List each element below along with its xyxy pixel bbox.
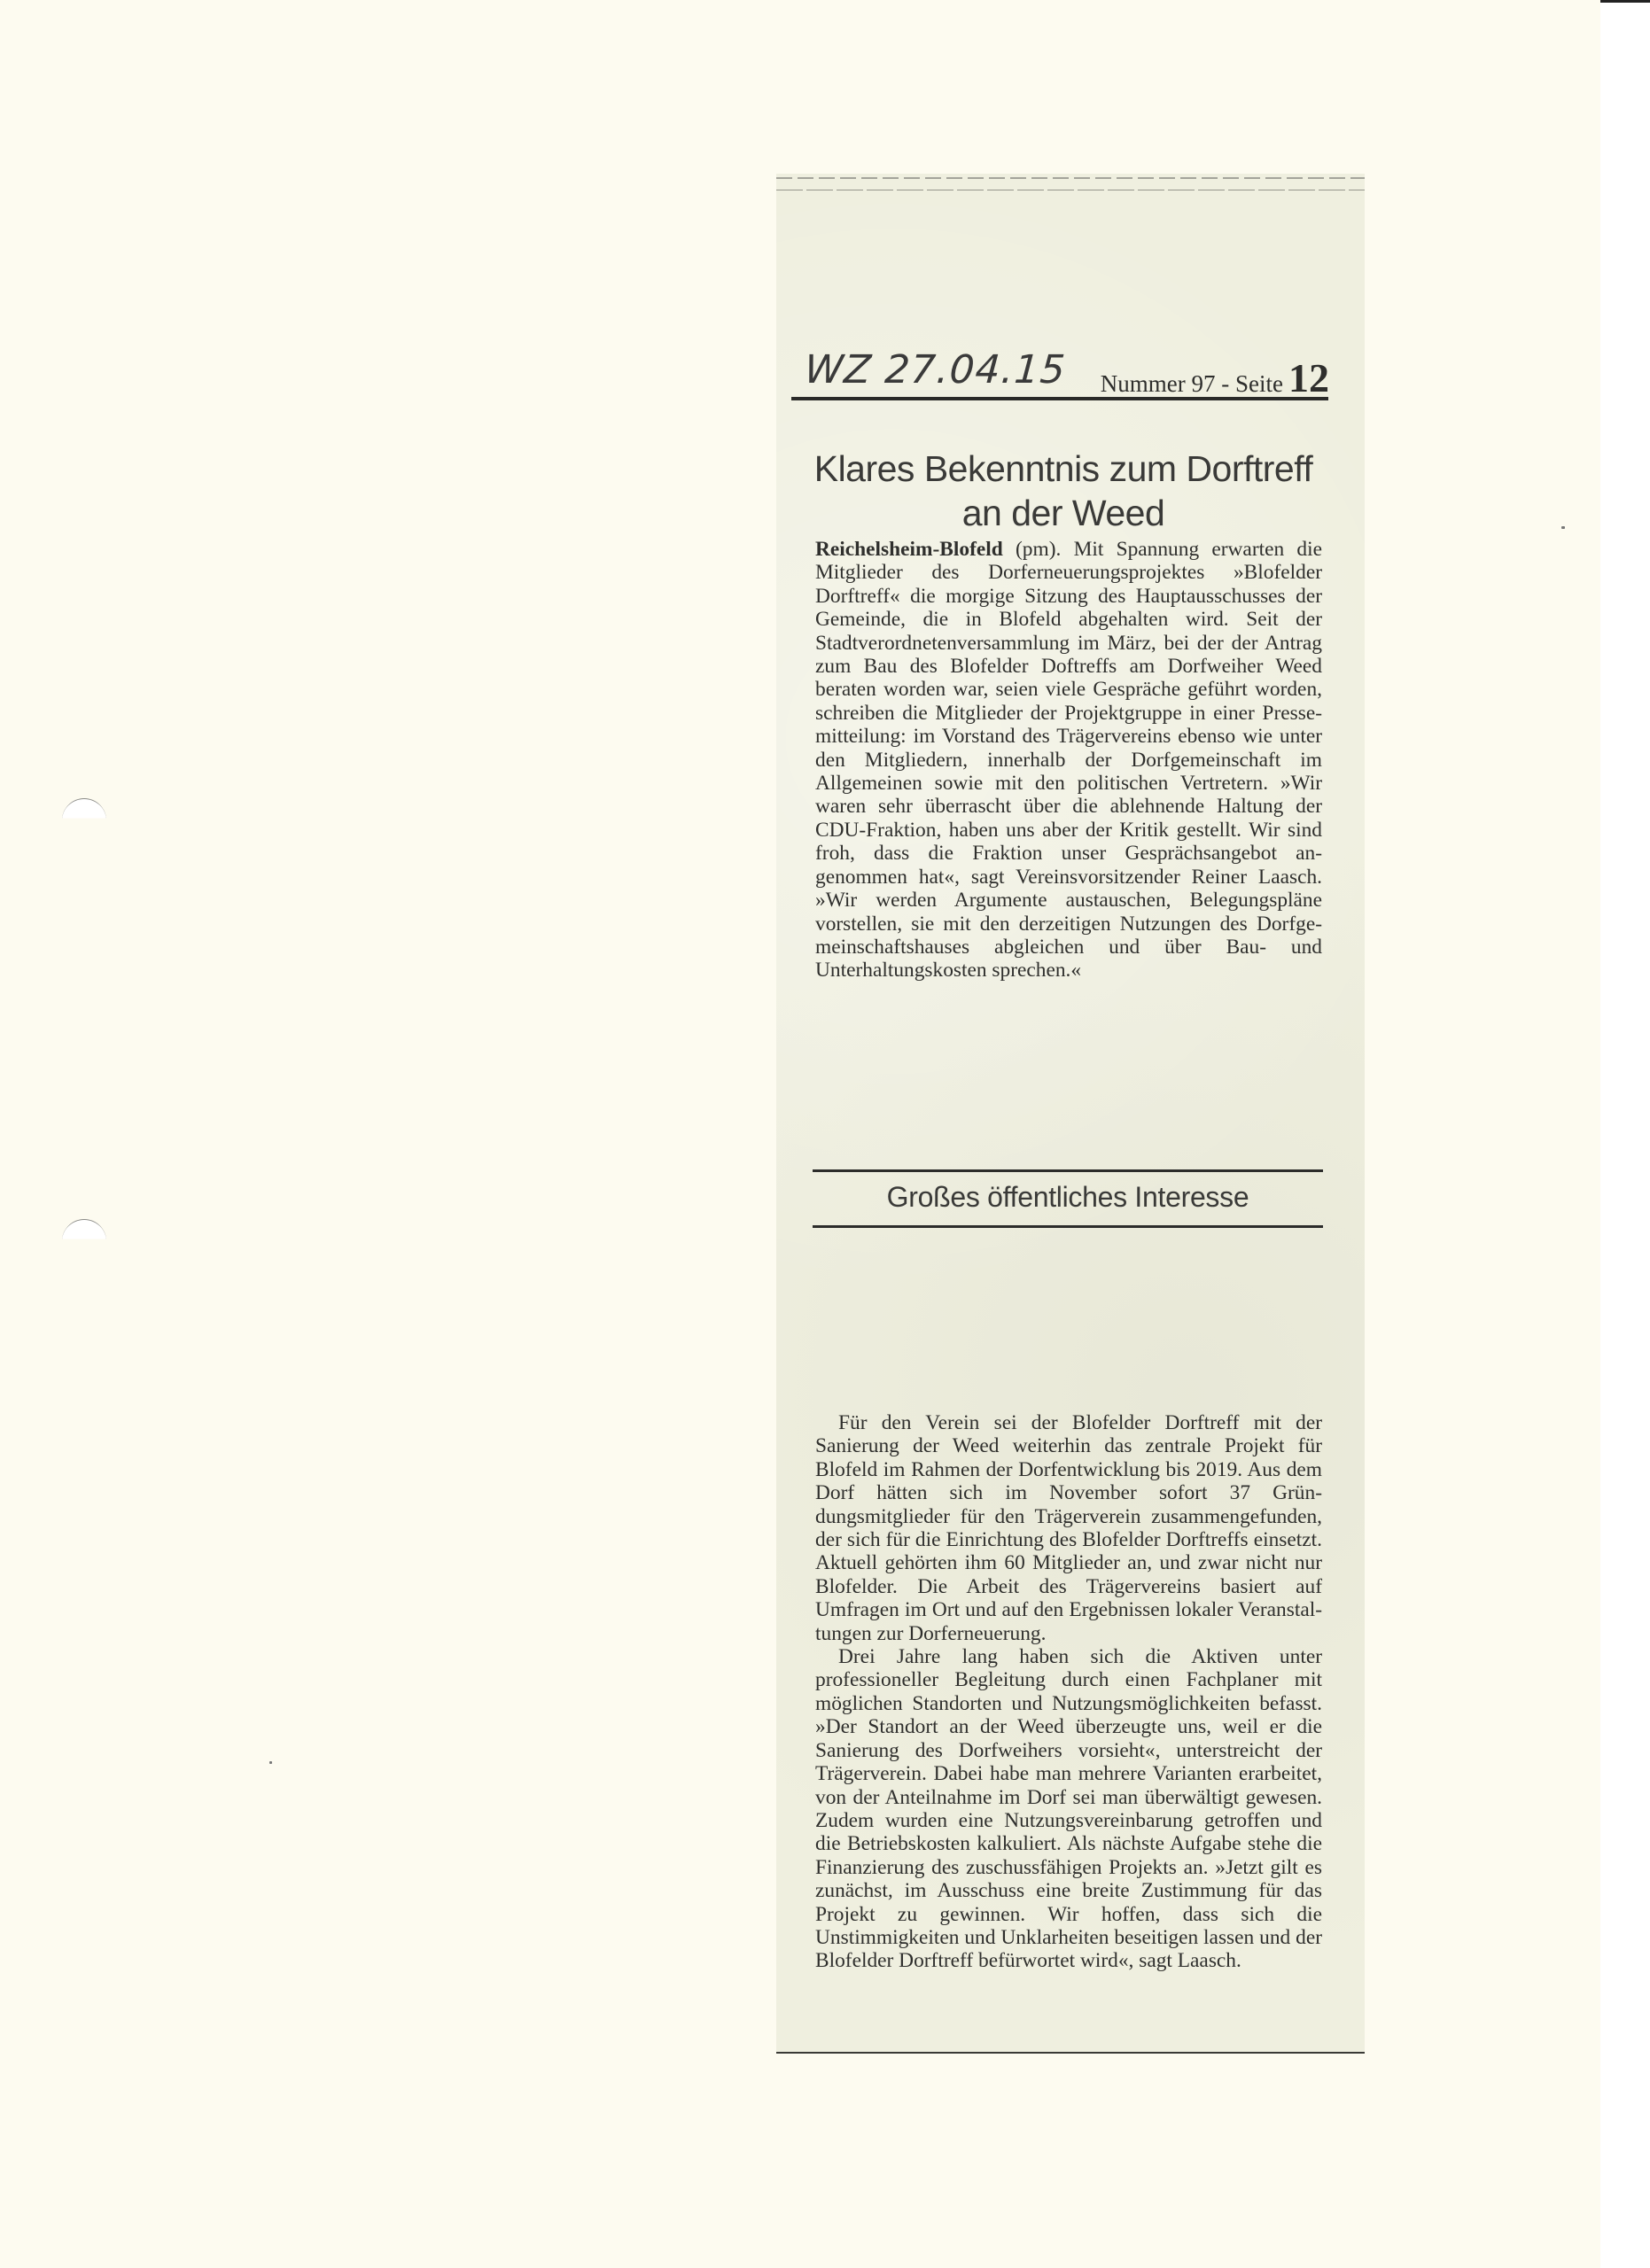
- article-body-section-2: Für den Verein sei der Blofelder Dorftre…: [815, 1411, 1322, 1973]
- clipping-bottom-edge: [776, 2052, 1365, 2054]
- subheading-rule-top: [813, 1169, 1323, 1172]
- punch-hole-icon: [62, 798, 106, 843]
- scan-edge-line: [1600, 0, 1650, 3]
- page-number: 12: [1288, 355, 1329, 400]
- article-subheading: Großes öffentliches Interesse: [813, 1177, 1323, 1216]
- newspaper-clipping: WZ 27.04.15 Nummer 97 - Seite12 Klares B…: [776, 174, 1365, 2054]
- handwritten-date-note: WZ 27.04.15: [803, 347, 1067, 392]
- scan-right-margin: [1600, 0, 1650, 2268]
- scan-speck: [269, 1761, 272, 1764]
- punch-hole-icon: [62, 1219, 106, 1263]
- issue-info: Nummer 97 - Seite12: [1101, 354, 1329, 401]
- clipping-torn-edge: [776, 177, 1365, 179]
- scan-speck: [1561, 526, 1565, 529]
- clipping-cut-line: [776, 190, 1365, 190]
- masthead-rule: [791, 397, 1328, 400]
- article-body-section-1: Reichelsheim-Blofeld (pm). Mit Span­nung…: [815, 538, 1322, 983]
- masthead: WZ 27.04.15 Nummer 97 - Seite12: [796, 347, 1333, 400]
- lead-paragraph-text: (pm). Mit Span­nung erwarten die Mitglie…: [815, 538, 1322, 982]
- article-headline: Klares Bekenntnis zum Dorftreff an der W…: [798, 447, 1329, 535]
- article-paragraph: Drei Jahre lang haben sich die Aktiven u…: [815, 1645, 1322, 1973]
- article-paragraph: Reichelsheim-Blofeld (pm). Mit Span­nung…: [815, 538, 1322, 983]
- article-paragraph: Für den Verein sei der Blofelder Dorftre…: [815, 1411, 1322, 1645]
- issue-label: Nummer 97 - Seite: [1101, 370, 1283, 397]
- dateline: Reichelsheim-Blofeld: [815, 538, 1003, 561]
- subheading-rule-bottom: [813, 1225, 1323, 1228]
